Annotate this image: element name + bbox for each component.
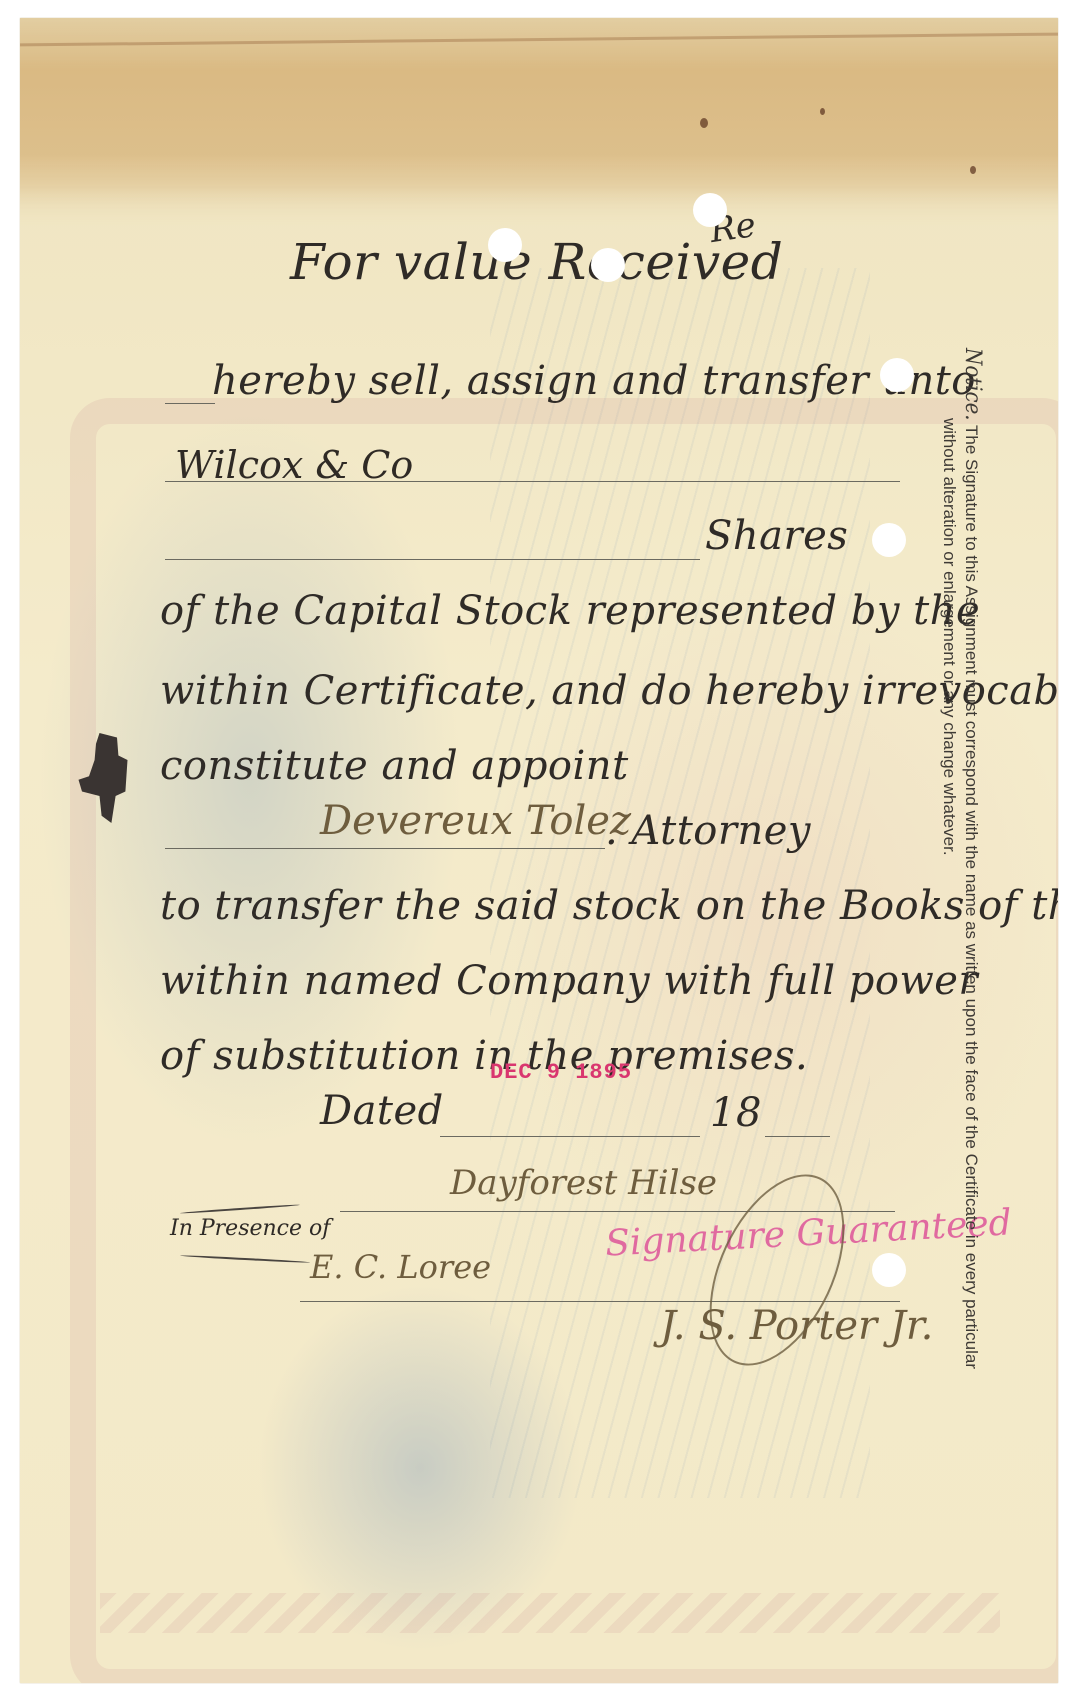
line-shares: Shares	[705, 513, 848, 559]
handwritten-attorney-name: Devereux Tolez	[320, 798, 631, 844]
line-substitution: of substitution in the premises.	[160, 1033, 808, 1079]
heading-for-value-received: For value Received	[290, 233, 783, 291]
notice-line-1: Notice. The Signature to this Assignment…	[960, 348, 983, 1478]
year-prefix: 18	[710, 1090, 762, 1136]
rule-assignor	[165, 403, 215, 404]
stain-spot	[970, 166, 976, 174]
notice-label: Notice.	[960, 348, 985, 421]
handwritten-signature: Dayforest Hilse	[450, 1163, 717, 1203]
punch-hole	[880, 358, 914, 392]
line-attorney: . Attorney	[605, 808, 811, 854]
bleed-through-zigzag	[100, 1593, 1000, 1633]
punch-hole	[693, 193, 727, 227]
rule-dated	[440, 1136, 700, 1137]
line-within-certificate: within Certificate, and do hereby irrevo…	[160, 668, 1058, 714]
notice-line-2: without alteration or enlargement or any…	[938, 348, 960, 1478]
punch-hole	[872, 1253, 906, 1287]
punch-hole	[591, 248, 625, 282]
line-to-transfer: to transfer the said stock on the Books …	[160, 883, 1058, 929]
dated-label: Dated	[320, 1088, 444, 1134]
line-capital-stock: of the Capital Stock represented by the	[160, 588, 980, 634]
date-stamp: DEC 9 1895	[490, 1060, 632, 1085]
line-within-named: within named Company with full power	[160, 958, 978, 1004]
rule-shares	[165, 559, 700, 560]
certificate-paper: For value Received Re hereby sell, assig…	[20, 18, 1058, 1683]
punch-hole	[872, 523, 906, 557]
water-stain	[20, 18, 1058, 228]
stain-spot	[700, 118, 708, 128]
notice-block: Notice. The Signature to this Assignment…	[938, 348, 983, 1478]
stain-spot	[820, 108, 825, 115]
handwritten-guarantor-signature: J. S. Porter Jr.	[660, 1303, 933, 1349]
in-presence-of-label: In Presence of	[170, 1216, 330, 1241]
line-constitute: constitute and appoint	[160, 743, 629, 789]
rule-assignee	[165, 481, 900, 482]
handwritten-witness: E. C. Loree	[310, 1248, 491, 1286]
line-sell-assign: hereby sell, assign and transfer unto	[212, 358, 976, 404]
rule-year	[765, 1136, 830, 1137]
notice-text-1: The Signature to this Assignment must co…	[962, 425, 981, 1369]
punch-hole	[488, 228, 522, 262]
rule-attorney	[165, 848, 605, 849]
